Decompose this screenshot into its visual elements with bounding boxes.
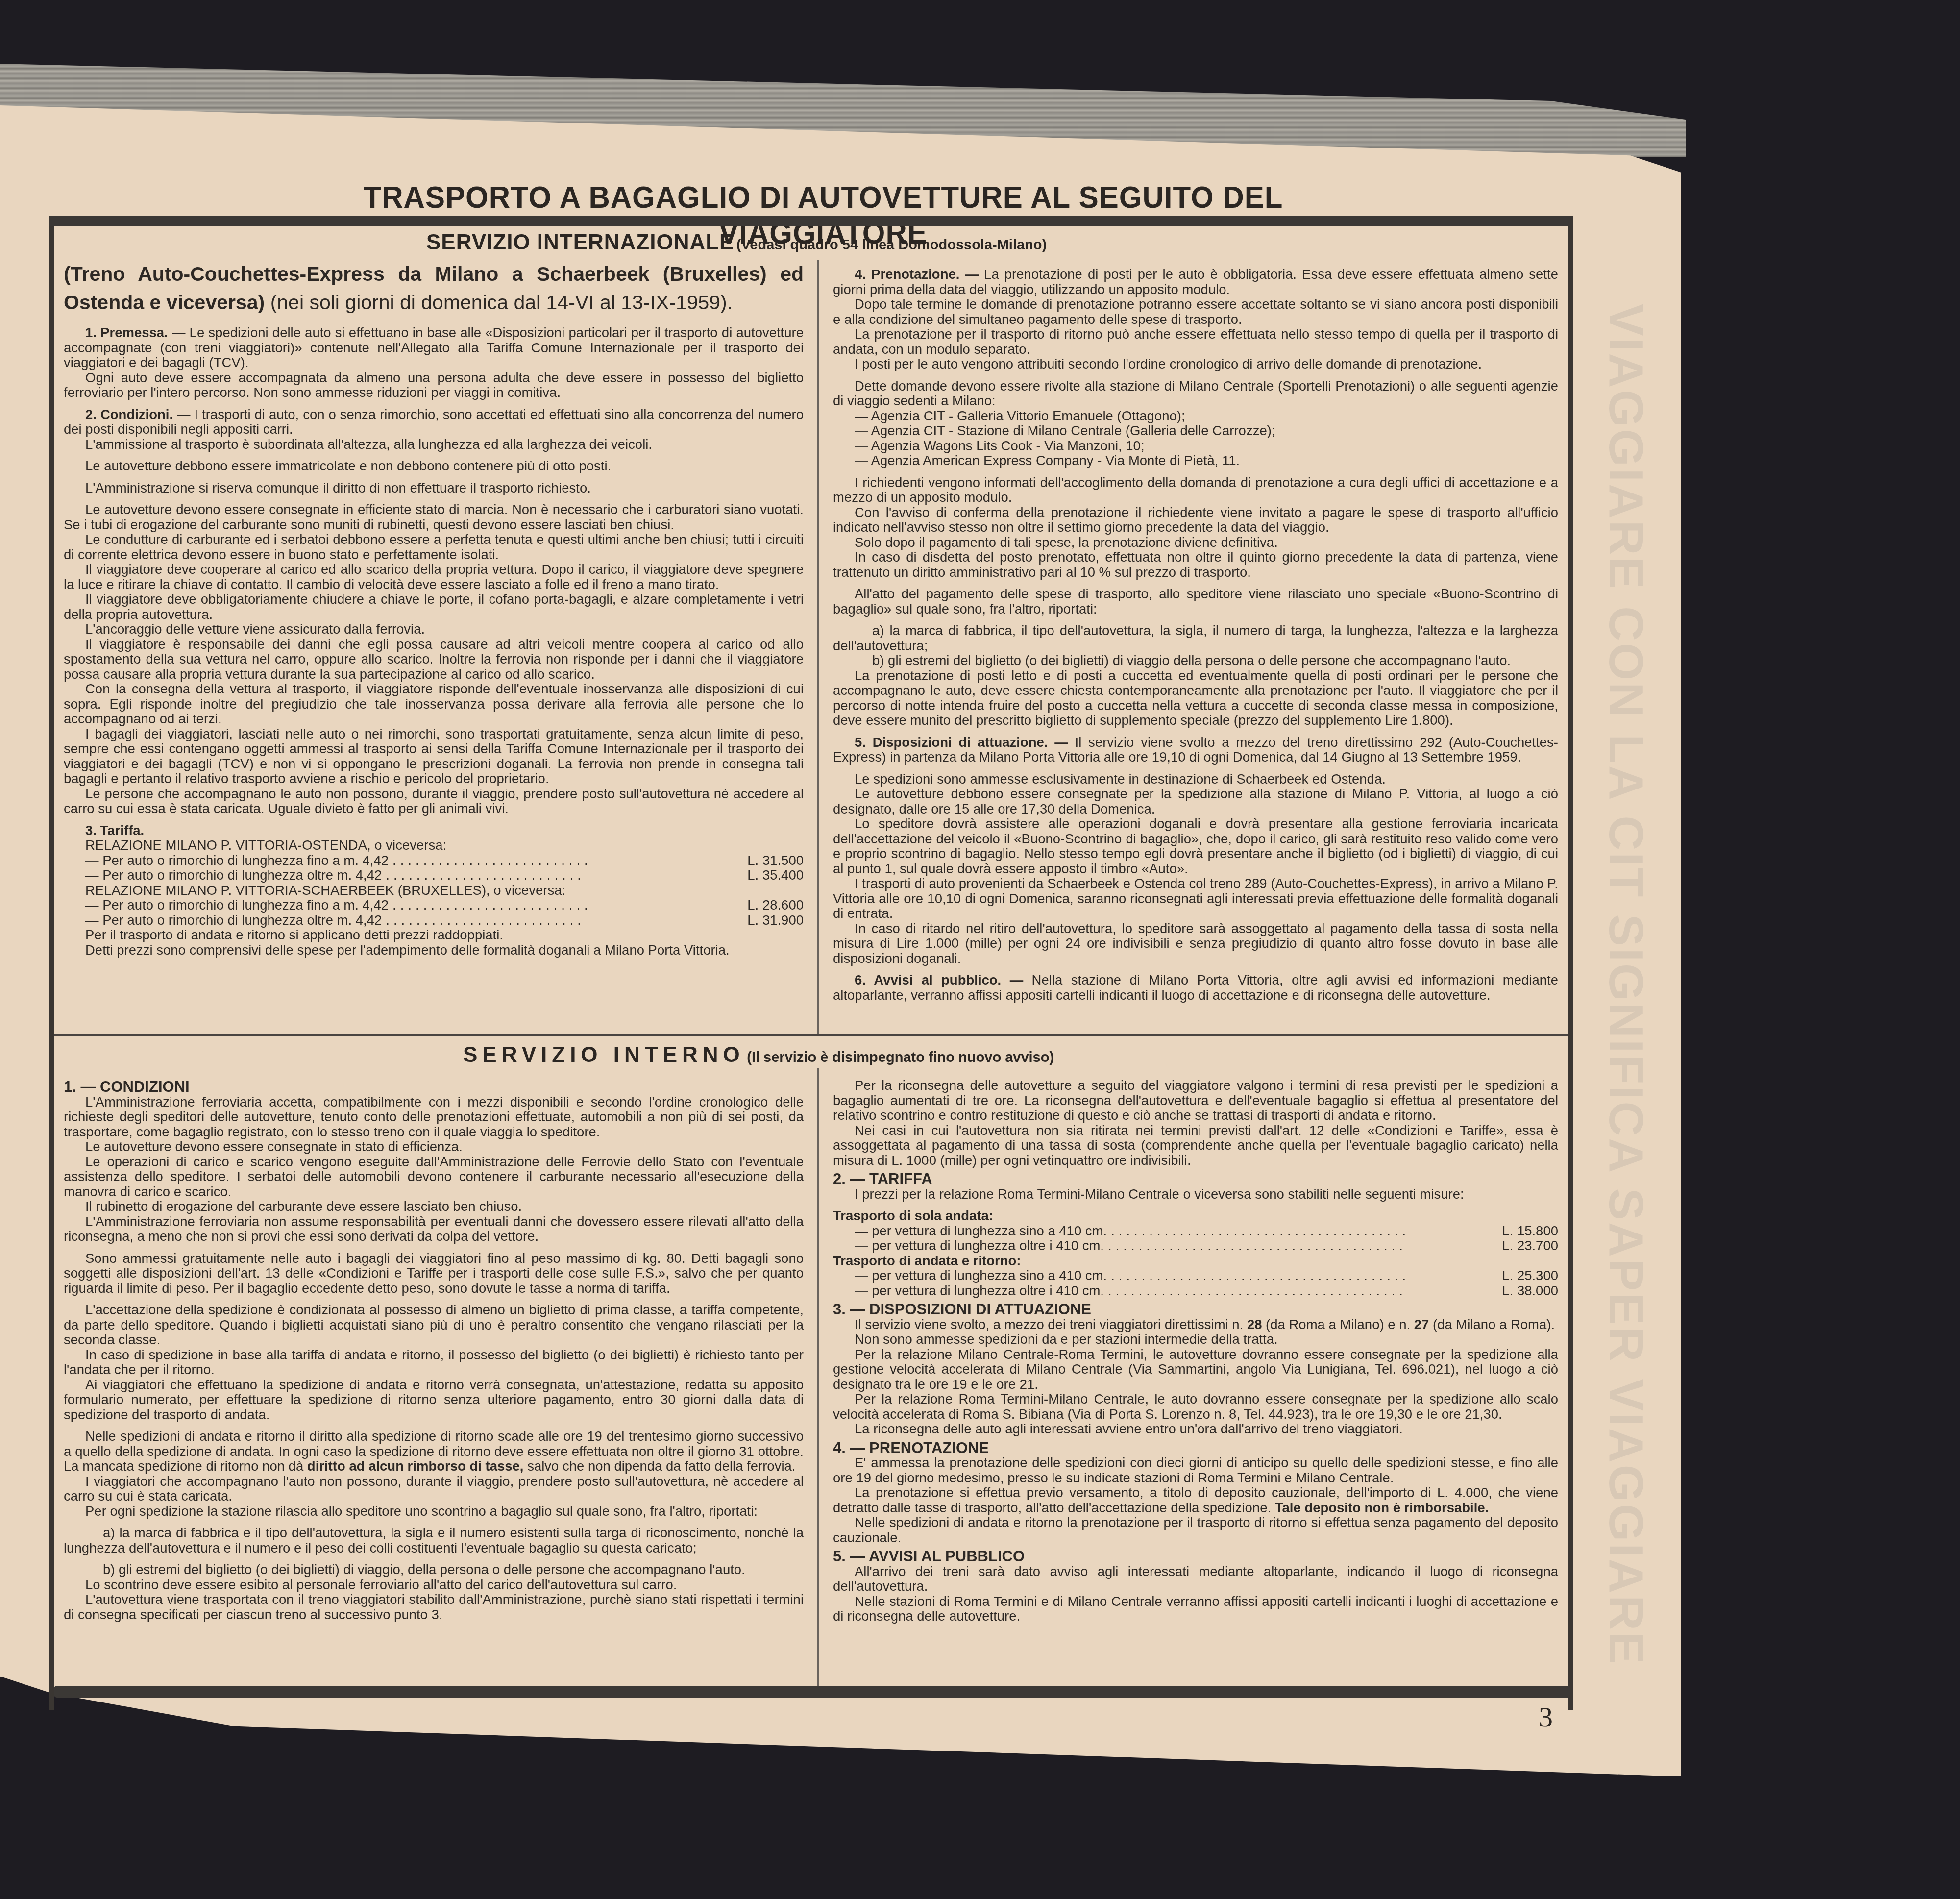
domestic-heading: SERVIZIO INTERNO (Il servizio è disimpeg… [463, 1043, 1054, 1067]
list-item-a: a) la marca di fabbrica, il tipo dell'au… [833, 623, 1558, 653]
paragraph: L'ammissione al trasporto è subordinata … [64, 437, 804, 452]
bold-text: diritto ad alcun rimborso di tasse, [307, 1458, 524, 1474]
leader-dots: ....................................... [1107, 1224, 1502, 1239]
leader-dots: .......................... [382, 913, 747, 928]
paragraph: Il viaggiatore deve cooperare al carico … [64, 562, 804, 592]
paragraph: Il viaggiatore è responsabile dei danni … [64, 637, 804, 682]
section-tariffa: 3. Tariffa. [64, 823, 804, 839]
paragraph: All'arrivo dei treni sarà dato avviso ag… [833, 1564, 1558, 1594]
leader-dots: .......................... [389, 898, 747, 913]
section-title: 1. — CONDIZIONI [64, 1080, 804, 1095]
paragraph: Il viaggiatore deve obbligatoriamente ch… [64, 592, 804, 622]
bold-text: Tale deposito non è rimborsabile. [1275, 1500, 1489, 1515]
tariff-amount: L. 23.700 [1502, 1238, 1558, 1254]
paragraph: Ogni auto deve essere accompagnata da al… [64, 370, 804, 400]
tariff-label: — Per auto o rimorchio di lunghezza oltr… [85, 913, 382, 928]
text: (da Roma a Milano) e n. [1266, 1317, 1410, 1332]
paragraph: I trasporti di auto provenienti da Schae… [833, 876, 1558, 921]
paragraph: Nelle spedizioni di andata e ritorno il … [64, 1429, 804, 1474]
section-title: 3. — DISPOSIZIONI DI ATTUAZIONE [833, 1302, 1558, 1317]
paragraph: Le autovetture debbono essere consegnate… [833, 787, 1558, 816]
paragraph: Per la relazione Milano Centrale-Roma Te… [833, 1347, 1558, 1392]
section-title: 5. — AVVISI AL PUBBLICO [833, 1549, 1558, 1564]
tariff-label: — Per auto o rimorchio di lunghezza fino… [85, 853, 389, 868]
tariff-label: — per vettura di lunghezza sino a 410 cm… [855, 1268, 1107, 1283]
paragraph: In caso di disdetta del posto prenotato,… [833, 550, 1558, 580]
paragraph: Le autovetture debbono essere immatricol… [64, 459, 804, 474]
agency-item: — Agenzia American Express Company - Via… [855, 453, 1558, 469]
list-item-a: a) la marca di fabbrica e il tipo dell'a… [64, 1526, 804, 1555]
tariff-group-label: Trasporto di sola andata: [833, 1208, 1558, 1224]
tariff-group-label: Trasporto di andata e ritorno: [833, 1254, 1558, 1269]
text: (da Milano a Roma). [1433, 1317, 1555, 1332]
relation-label: RELAZIONE MILANO P. VITTORIA-OSTENDA, o … [85, 838, 804, 853]
paragraph: I prezzi per la relazione Roma Termini-M… [833, 1187, 1558, 1202]
section-attuazione: 5. Disposizioni di attuazione. — Il serv… [833, 735, 1558, 765]
top-rule [49, 216, 1570, 226]
international-heading-note: (Vedasi quadro 54 linea Domodossola-Mila… [736, 237, 1047, 253]
paragraph: L'ancoraggio delle vetture viene assicur… [64, 622, 804, 637]
paragraph: Dette domande devono essere rivolte alla… [833, 379, 1558, 409]
tariff-row: — Per auto o rimorchio di lunghezza oltr… [85, 868, 804, 883]
domestic-heading-title: SERVIZIO INTERNO [463, 1043, 745, 1067]
side-margin-slogan: VIAGGIARE CON LA CIT SIGNIFICA SAPER VIA… [1595, 274, 1654, 1696]
paragraph: L'autovettura viene trasportata con il t… [64, 1592, 804, 1622]
paragraph: La prenotazione di posti letto e di post… [833, 668, 1558, 728]
text: salvo che non dipenda da fatto della fer… [527, 1458, 795, 1474]
tariff-row: — per vettura di lunghezza sino a 410 cm… [833, 1224, 1558, 1239]
paragraph: Le operazioni di carico e scarico vengon… [64, 1155, 804, 1200]
tariff-group-one-way: Trasporto di sola andata: — per vettura … [833, 1208, 1558, 1254]
tariff-relation-schaerbeek: RELAZIONE MILANO P. VITTORIA-SCHAERBEEK … [64, 883, 804, 943]
paragraph: Le persone che accompagnano le auto non … [64, 787, 804, 816]
paragraph: Le condutture di carburante ed i serbato… [64, 532, 804, 562]
leader-dots: ....................................... [1107, 1268, 1502, 1283]
section-title: 1. Premessa. — [85, 325, 185, 340]
tariff-row: — per vettura di lunghezza oltre i 410 c… [833, 1283, 1558, 1299]
paragraph: Lo speditore dovrà assistere alle operaz… [833, 816, 1558, 876]
international-heading-title: SERVIZIO INTERNAZIONALE [426, 230, 734, 254]
international-left-column: (Treno Auto-Couchettes-Express da Milano… [64, 260, 804, 958]
paragraph: L'Amministrazione ferroviaria accetta, c… [64, 1095, 804, 1140]
paragraph: Sono ammessi gratuitamente nelle auto i … [64, 1251, 804, 1296]
paragraph: I richiedenti vengono informati dell'acc… [833, 475, 1558, 505]
train-subtitle: (Treno Auto-Couchettes-Express da Milano… [64, 260, 804, 317]
paragraph: Le autovetture devono essere consegnate … [64, 502, 804, 532]
leader-dots: ....................................... [1104, 1238, 1502, 1254]
section-title: 5. Disposizioni di attuazione. — [855, 735, 1068, 750]
tariff-amount: L. 28.600 [747, 898, 804, 913]
leader-dots: .......................... [389, 853, 747, 868]
tariff-amount: L. 31.500 [747, 853, 804, 868]
tariff-label: — Per auto o rimorchio di lunghezza oltr… [85, 868, 382, 883]
tariff-amount: L. 25.300 [1502, 1268, 1558, 1283]
paragraph: Dopo tale termine le domande di prenotaz… [833, 297, 1558, 327]
paragraph: Per ogni spedizione la stazione rilascia… [64, 1504, 804, 1519]
list-item-b: b) gli estremi del biglietto (o dei bigl… [64, 1562, 804, 1578]
paragraph: In caso di ritardo nel ritiro dell'autov… [833, 921, 1558, 966]
section-title: 2. — TARIFFA [833, 1172, 1558, 1187]
tariff-note: Detti prezzi sono comprensivi delle spes… [64, 943, 804, 958]
leader-dots: ....................................... [1104, 1283, 1502, 1299]
tariff-amount: L. 15.800 [1502, 1224, 1558, 1239]
paragraph: Il servizio viene svolto, a mezzo dei tr… [833, 1317, 1558, 1332]
paragraph: Solo dopo il pagamento di tali spese, la… [833, 535, 1558, 550]
paragraph: Lo scontrino deve essere esibito al pers… [64, 1578, 804, 1593]
paragraph: I posti per le auto vengono attribuiti s… [833, 357, 1558, 372]
train-number: 28 [1247, 1317, 1262, 1332]
relation-label: RELAZIONE MILANO P. VITTORIA-SCHAERBEEK … [85, 883, 804, 898]
list-item-b: b) gli estremi del biglietto (o dei bigl… [833, 653, 1558, 668]
paragraph: L'Amministrazione ferroviaria non assume… [64, 1214, 804, 1244]
domestic-heading-note: (Il servizio è disimpegnato fino nuovo a… [747, 1050, 1054, 1065]
paragraph: All'atto del pagamento delle spese di tr… [833, 587, 1558, 617]
leader-dots: .......................... [382, 868, 747, 883]
domestic-right-column: Per la riconsegna delle autovetture a se… [833, 1078, 1558, 1624]
section-title: 3. Tariffa. [85, 823, 144, 838]
agency-item: — Agenzia CIT - Stazione di Milano Centr… [855, 423, 1558, 439]
agency-list: — Agenzia CIT - Galleria Vittorio Emanue… [833, 409, 1558, 469]
tariff-label: — per vettura di lunghezza oltre i 410 c… [855, 1283, 1104, 1299]
section-divider [54, 1034, 1568, 1036]
paragraph: I bagagli dei viaggiatori, lasciati nell… [64, 727, 804, 787]
tariff-relation-ostenda: RELAZIONE MILANO P. VITTORIA-OSTENDA, o … [64, 838, 804, 883]
paragraph: Con l'avviso di conferma della prenotazi… [833, 505, 1558, 535]
section-title: 4. Prenotazione. — [855, 267, 979, 282]
tariff-label: — per vettura di lunghezza oltre i 410 c… [855, 1238, 1104, 1254]
paragraph: Il rubinetto di erogazione del carburant… [64, 1199, 804, 1214]
paragraph: Nei casi in cui l'autovettura non sia ri… [833, 1123, 1558, 1168]
paragraph: Non sono ammesse spedizioni da e per sta… [833, 1332, 1558, 1347]
section-title: 6. Avvisi al pubblico. — [855, 972, 1023, 987]
tariff-amount: L. 35.400 [747, 868, 804, 883]
paragraph: L'Amministrazione si riserva comunque il… [64, 481, 804, 496]
paragraph: Con la consegna della vettura al traspor… [64, 682, 804, 727]
paragraph: Le autovetture devono essere consegnate … [64, 1139, 804, 1155]
agency-item: — Agenzia CIT - Galleria Vittorio Emanue… [855, 409, 1558, 424]
tariff-row: — Per auto o rimorchio di lunghezza fino… [85, 853, 804, 868]
agency-item: — Agenzia Wagons Lits Cook - Via Manzoni… [855, 439, 1558, 454]
section-avvisi: 6. Avvisi al pubblico. — Nella stazione … [833, 973, 1558, 1003]
international-right-column: 4. Prenotazione. — La prenotazione di po… [833, 267, 1558, 1003]
international-heading: SERVIZIO INTERNAZIONALE (Vedasi quadro 5… [426, 230, 1047, 255]
domestic-left-column: 1. — CONDIZIONI L'Amministrazione ferrov… [64, 1076, 804, 1622]
tariff-row: — per vettura di lunghezza oltre i 410 c… [833, 1238, 1558, 1254]
paragraph: In caso di spedizione in base alla tarif… [64, 1348, 804, 1378]
paragraph: E' ammessa la prenotazione delle spedizi… [833, 1455, 1558, 1485]
tariff-label: — per vettura di lunghezza sino a 410 cm… [855, 1224, 1107, 1239]
column-divider [817, 1068, 819, 1686]
bottom-rule [54, 1686, 1570, 1698]
text: Il servizio viene svolto, a mezzo dei tr… [855, 1317, 1243, 1332]
section-prenotazione: 4. Prenotazione. — La prenotazione di po… [833, 267, 1558, 297]
paragraph: Per la relazione Roma Termini-Milano Cen… [833, 1392, 1558, 1422]
tariff-label: — Per auto o rimorchio di lunghezza fino… [85, 898, 389, 913]
tariff-amount: L. 31.900 [747, 913, 804, 928]
section-premessa: 1. Premessa. — Le spedizioni delle auto … [64, 325, 804, 370]
paragraph: I viaggiatori che accompagnano l'auto no… [64, 1474, 804, 1504]
tariff-group-return: Trasporto di andata e ritorno: — per vet… [833, 1254, 1558, 1299]
paragraph: Nelle stazioni di Roma Termini e di Mila… [833, 1594, 1558, 1624]
paragraph: Nelle spedizioni di andata e ritorno la … [833, 1515, 1558, 1545]
paragraph: La prenotazione si effettua previo versa… [833, 1485, 1558, 1515]
paragraph: Ai viaggiatori che effettuano la spedizi… [64, 1378, 804, 1423]
train-number: 27 [1414, 1317, 1429, 1332]
tariff-row: — Per auto o rimorchio di lunghezza oltr… [85, 913, 804, 928]
section-title: 2. Condizioni. — [85, 407, 191, 422]
section-title: 4. — PRENOTAZIONE [833, 1441, 1558, 1456]
paragraph: Le spedizioni sono ammesse esclusivament… [833, 772, 1558, 787]
tariff-row: — Per auto o rimorchio di lunghezza fino… [85, 898, 804, 913]
paragraph: La prenotazione per il trasporto di rito… [833, 327, 1558, 357]
paragraph: Per la riconsegna delle autovetture a se… [833, 1078, 1558, 1123]
tariff-row: — per vettura di lunghezza sino a 410 cm… [833, 1268, 1558, 1283]
section-condizioni: 2. Condizioni. — I trasporti di auto, co… [64, 407, 804, 437]
paragraph: La riconsegna delle auto agli interessat… [833, 1422, 1558, 1437]
train-subtitle-dates: (nei soli giorni di domenica dal 14-VI a… [270, 291, 733, 314]
tariff-note: Per il trasporto di andata e ritorno si … [85, 928, 804, 943]
paragraph: L'accettazione della spedizione è condiz… [64, 1303, 804, 1348]
page-number: 3 [1539, 1701, 1553, 1733]
tariff-amount: L. 38.000 [1502, 1283, 1558, 1299]
column-divider [817, 260, 819, 1034]
